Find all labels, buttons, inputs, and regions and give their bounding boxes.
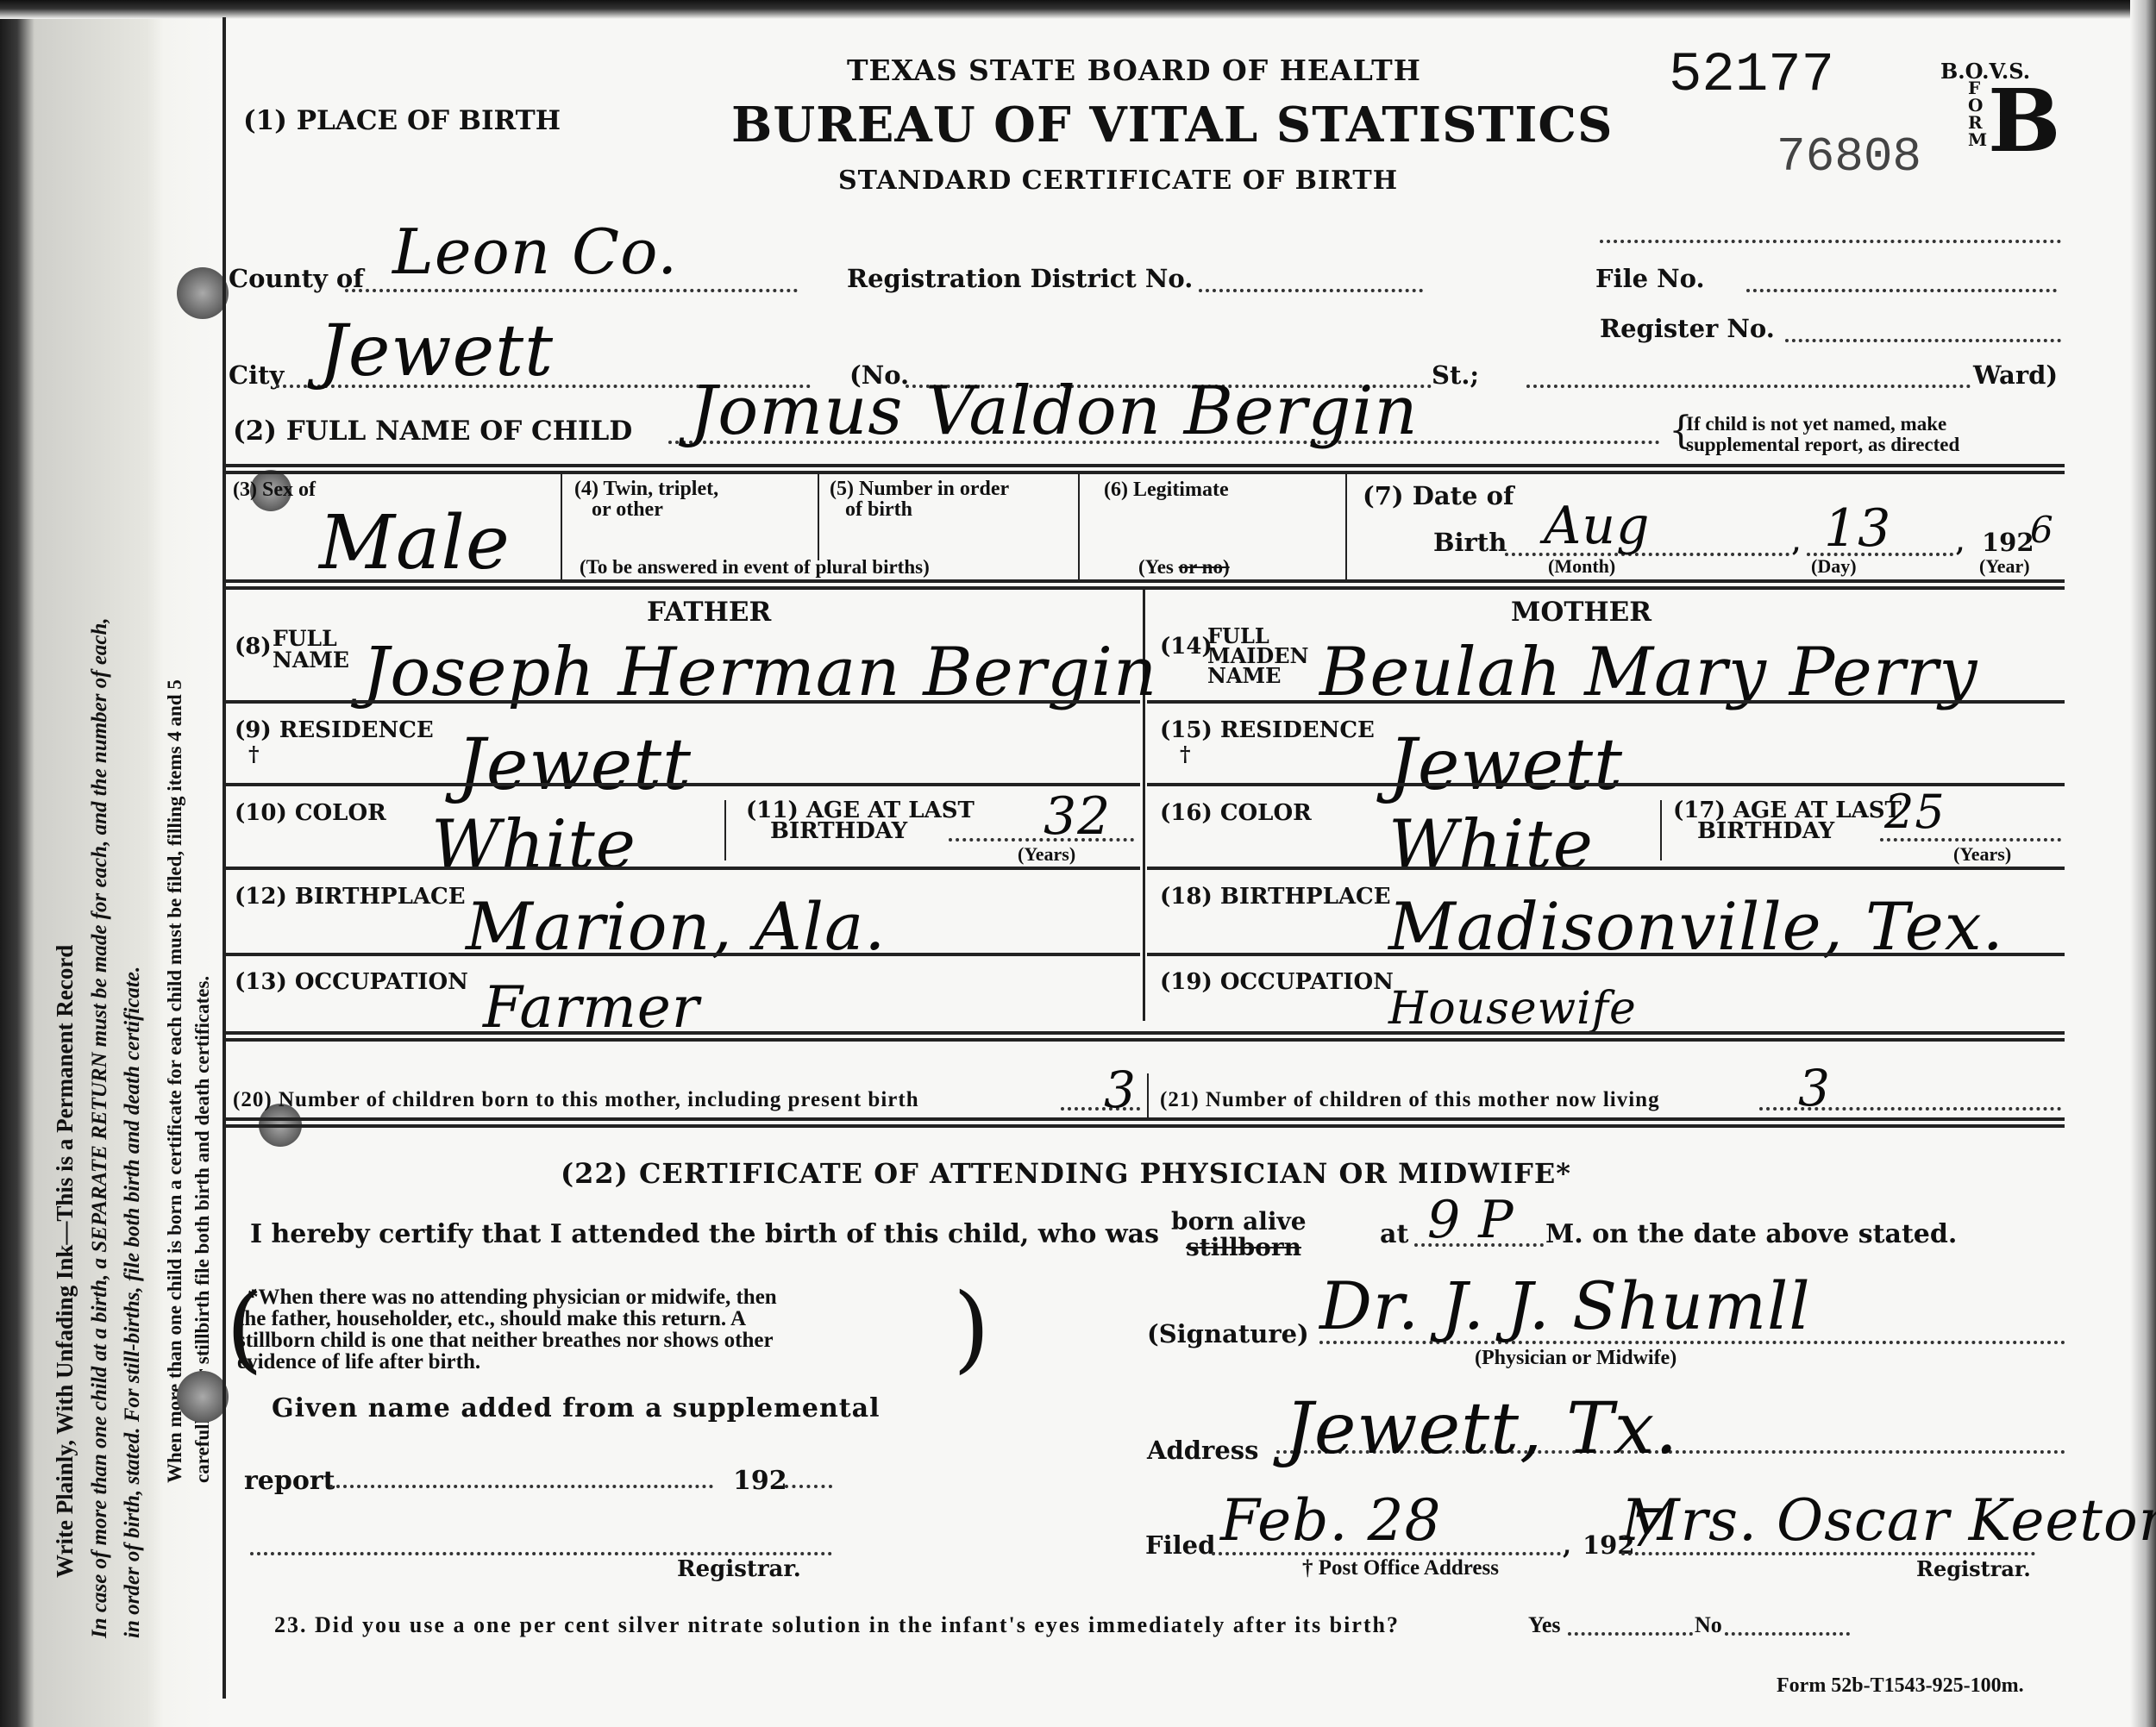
signature-field[interactable]: Dr. J. J. Shumll bbox=[1319, 1267, 1811, 1344]
registrar-caption: Registrar. bbox=[677, 1556, 801, 1582]
father-name-label-line2: NAME bbox=[273, 649, 349, 671]
silver-nitrate-question: 23. Did you use a one per cent silver ni… bbox=[274, 1612, 1400, 1638]
comma: , bbox=[1956, 528, 1965, 557]
row-rule bbox=[226, 700, 1140, 704]
cell-divider bbox=[561, 474, 562, 579]
legitimate-yes: (Yes bbox=[1138, 556, 1174, 578]
address-field[interactable]: Jewett, Tx. bbox=[1285, 1388, 1678, 1470]
silver-nitrate-no-label: No bbox=[1695, 1612, 1722, 1638]
father-residence-field[interactable]: Jewett bbox=[457, 724, 692, 806]
top-edge-shadow bbox=[0, 0, 2156, 19]
top-right-blank-line bbox=[1600, 240, 2061, 243]
father-residence-label: (9) RESIDENCE bbox=[235, 717, 434, 743]
form-word: FORM bbox=[1968, 79, 1987, 148]
row-rule bbox=[1147, 867, 2065, 870]
ward-field[interactable] bbox=[1526, 385, 1971, 388]
section-divider bbox=[226, 1031, 2065, 1042]
filed-registrar-caption: Registrar. bbox=[1916, 1556, 2031, 1581]
address-label: Address bbox=[1147, 1436, 1258, 1465]
binding-hole bbox=[177, 267, 229, 319]
comma: , bbox=[1792, 528, 1801, 557]
children-living-field[interactable]: 3 bbox=[1798, 1059, 1831, 1117]
filed-date-field[interactable]: Feb. 28 bbox=[1220, 1487, 1441, 1554]
cell-divider bbox=[1147, 1073, 1149, 1121]
stamp-number: 52177 bbox=[1669, 45, 1834, 107]
row-rule bbox=[1147, 700, 2065, 704]
cell-divider bbox=[1660, 800, 1662, 860]
report-line[interactable] bbox=[329, 1485, 713, 1488]
mother-occupation-field[interactable]: Housewife bbox=[1388, 983, 1637, 1035]
silver-nitrate-no-field[interactable] bbox=[1725, 1632, 1850, 1636]
twin-label: (4) Twin, triplet, or other bbox=[574, 479, 718, 520]
post-office-caption: † Post Office Address bbox=[1302, 1556, 1499, 1580]
year-caption: (Year) bbox=[1979, 555, 2030, 578]
father-age-field[interactable]: 32 bbox=[1044, 786, 1111, 847]
row-rule bbox=[226, 783, 1140, 786]
children-living-label: (21) Number of children of this mother n… bbox=[1160, 1088, 1660, 1112]
silver-nitrate-yes-field[interactable] bbox=[1568, 1632, 1693, 1636]
margin-instruction-1: Write Plainly, With Unfading Ink—This is… bbox=[52, 945, 78, 1578]
row-rule bbox=[226, 953, 1140, 956]
report-year-line[interactable] bbox=[785, 1485, 832, 1488]
filed-registrar-field[interactable]: Mrs. Oscar Keeton bbox=[1621, 1487, 2156, 1554]
father-color-field[interactable]: White bbox=[431, 806, 636, 884]
filed-label: Filed bbox=[1145, 1530, 1215, 1560]
mother-name-label-num: (14) bbox=[1160, 634, 1213, 660]
city-field[interactable]: Jewett bbox=[319, 310, 554, 392]
birth-order-label-line2: of birth bbox=[830, 499, 1009, 520]
note-line4: evidence of life after birth. bbox=[237, 1351, 777, 1373]
mother-birthplace-label: (18) BIRTHPLACE bbox=[1160, 884, 1391, 910]
birth-order-label-line1: (5) Number in order bbox=[830, 479, 1009, 499]
children-born-label: (20) Number of children born to this mot… bbox=[233, 1088, 919, 1112]
mother-age-field[interactable]: 25 bbox=[1884, 785, 1946, 839]
margin-instruction-3: in order of birth, stated. For still-bir… bbox=[121, 967, 145, 1638]
father-name-label: FULL NAME bbox=[273, 628, 349, 671]
county-field[interactable]: Leon Co. bbox=[392, 216, 678, 288]
mother-residence-label: (15) RESIDENCE bbox=[1160, 717, 1375, 743]
sex-label: (3) Sex of bbox=[233, 479, 316, 502]
registrar-line[interactable] bbox=[250, 1552, 832, 1555]
father-heading: FATHER bbox=[647, 597, 771, 628]
mother-heading: MOTHER bbox=[1511, 597, 1651, 628]
cell-divider bbox=[818, 474, 819, 560]
cell-divider bbox=[1078, 474, 1080, 579]
mother-occupation-label: (19) OCCUPATION bbox=[1160, 969, 1394, 995]
certificate-title: STANDARD CERTIFICATE OF BIRTH bbox=[838, 166, 1398, 196]
signature-label: (Signature) bbox=[1147, 1319, 1309, 1348]
at-label: at bbox=[1380, 1219, 1408, 1249]
section-divider bbox=[1145, 579, 2065, 590]
month-caption: (Month) bbox=[1548, 555, 1615, 578]
row-rule bbox=[1147, 953, 2065, 956]
legitimate-no-struck: or no) bbox=[1179, 556, 1230, 578]
mother-name-label-line3: NAME bbox=[1207, 666, 1308, 685]
time-suffix: M. on the date above stated. bbox=[1545, 1219, 1957, 1249]
note-line1: *When there was no attending physician o… bbox=[237, 1286, 777, 1308]
comma: , bbox=[1563, 1530, 1571, 1560]
father-name-label-line1: FULL bbox=[273, 628, 349, 649]
father-years-caption: (Years) bbox=[1018, 843, 1075, 866]
supplemental-label: Given name added from a supplemental bbox=[272, 1393, 880, 1424]
father-color-label: (10) COLOR bbox=[235, 800, 386, 826]
ward-label: Ward) bbox=[1973, 360, 2058, 390]
birth-time-field[interactable]: 9 P bbox=[1427, 1190, 1514, 1250]
birth-year-prefix: 192 bbox=[1982, 528, 2034, 557]
mother-age-label-line2: BIRTHDAY bbox=[1673, 821, 1902, 842]
margin-instruction-2: In case of more than one child at a birt… bbox=[88, 617, 112, 1638]
report-year-prefix: 192 bbox=[733, 1466, 787, 1496]
county-label: County of bbox=[229, 264, 364, 293]
birth-month-field[interactable]: Aug bbox=[1544, 496, 1650, 556]
signature-caption: (Physician or Midwife) bbox=[1475, 1347, 1677, 1370]
mother-residence-field[interactable]: Jewett bbox=[1388, 724, 1623, 806]
certificate-heading: (22) CERTIFICATE OF ATTENDING PHYSICIAN … bbox=[561, 1157, 1571, 1190]
registration-district-label: Registration District No. bbox=[847, 264, 1193, 293]
born-alive-option[interactable]: born alive bbox=[1171, 1207, 1307, 1236]
day-caption: (Day) bbox=[1811, 555, 1857, 578]
section-divider bbox=[226, 579, 1147, 590]
street-label: St.; bbox=[1432, 360, 1479, 390]
note-line2: the father, householder, etc., should ma… bbox=[237, 1308, 777, 1330]
legitimate-label: (6) Legitimate bbox=[1104, 479, 1229, 502]
report-label: report bbox=[244, 1466, 335, 1496]
note-line3: stillborn child is one that neither brea… bbox=[237, 1330, 777, 1351]
unnamed-note: If child is not yet named, make suppleme… bbox=[1686, 414, 1959, 455]
form-number: Form 52b-T1543-925-100m. bbox=[1777, 1674, 2024, 1698]
father-occupation-label: (13) OCCUPATION bbox=[235, 969, 468, 995]
mother-years-caption: (Years) bbox=[1953, 843, 2011, 866]
file-no-field[interactable] bbox=[1746, 289, 2057, 292]
register-no-label: Register No. bbox=[1600, 314, 1775, 343]
twin-label-line1: (4) Twin, triplet, bbox=[574, 479, 718, 499]
dagger-icon: † bbox=[248, 741, 260, 767]
children-born-field[interactable]: 3 bbox=[1104, 1061, 1137, 1119]
child-name-label: (2) FULL NAME OF CHILD bbox=[233, 416, 632, 447]
binding-hole bbox=[177, 1371, 229, 1423]
silver-nitrate-yes-label: Yes bbox=[1528, 1612, 1561, 1638]
bureau-title: BUREAU OF VITAL STATISTICS bbox=[731, 97, 1613, 153]
margin-instruction-4: When more than one child is born a certi… bbox=[164, 679, 186, 1483]
registration-district-field[interactable] bbox=[1199, 289, 1423, 292]
form-letter: B bbox=[1988, 78, 2061, 164]
unnamed-note-line2: supplemental report, as directed bbox=[1686, 435, 1959, 455]
sex-field[interactable]: Male bbox=[319, 500, 511, 586]
certify-statement: I hereby certify that I attended the bir… bbox=[250, 1219, 1159, 1249]
plural-births-note: (To be answered in event of plural birth… bbox=[580, 556, 930, 579]
register-no-field[interactable] bbox=[1785, 339, 2061, 342]
legitimate-field[interactable]: (Yes or no) bbox=[1138, 556, 1230, 579]
form-left-border bbox=[222, 17, 226, 1699]
father-birthplace-label: (12) BIRTHPLACE bbox=[235, 884, 466, 910]
birth-order-label: (5) Number in order of birth bbox=[830, 479, 1009, 520]
county-line bbox=[345, 289, 798, 292]
date-of-birth-label: (7) Date of bbox=[1363, 481, 1514, 510]
father-age-label: (11) AGE AT LAST BIRTHDAY bbox=[746, 800, 975, 842]
dagger-icon: † bbox=[1180, 741, 1191, 767]
child-name-field[interactable]: Jomus Valdon Bergin bbox=[690, 372, 1419, 450]
cell-divider bbox=[724, 800, 726, 860]
birth-label: Birth bbox=[1433, 528, 1507, 557]
section-divider bbox=[226, 1117, 2065, 1128]
father-name-label-num: (8) bbox=[235, 634, 272, 660]
mother-age-label: (17) AGE AT LAST BIRTHDAY bbox=[1673, 800, 1902, 842]
unnamed-note-line1: If child is not yet named, make bbox=[1686, 414, 1959, 435]
right-paren-icon: ) bbox=[953, 1280, 990, 1375]
right-edge-shadow bbox=[2130, 0, 2156, 1727]
cell-divider bbox=[1345, 474, 1347, 579]
place-of-birth-label: (1) PLACE OF BIRTH bbox=[243, 105, 561, 136]
row-rule bbox=[226, 867, 1140, 870]
section-divider bbox=[226, 464, 2065, 474]
mother-color-field[interactable]: White bbox=[1388, 806, 1594, 884]
birth-day-field[interactable]: 13 bbox=[1824, 498, 1891, 559]
no-physician-note: *When there was no attending physician o… bbox=[237, 1286, 777, 1373]
twin-label-line2: or other bbox=[574, 499, 718, 520]
board-title: TEXAS STATE BOARD OF HEALTH bbox=[847, 53, 1421, 87]
stillborn-option[interactable]: stillborn bbox=[1186, 1233, 1301, 1261]
mother-color-label: (16) COLOR bbox=[1160, 800, 1312, 826]
stamp-number-faded: 76808 bbox=[1777, 129, 1921, 185]
birth-year-field[interactable]: 6 bbox=[2030, 509, 2054, 551]
mother-name-label: FULL MAIDEN NAME bbox=[1207, 626, 1308, 685]
file-no-label: File No. bbox=[1595, 264, 1705, 293]
father-age-label-line2: BIRTHDAY bbox=[746, 821, 975, 842]
